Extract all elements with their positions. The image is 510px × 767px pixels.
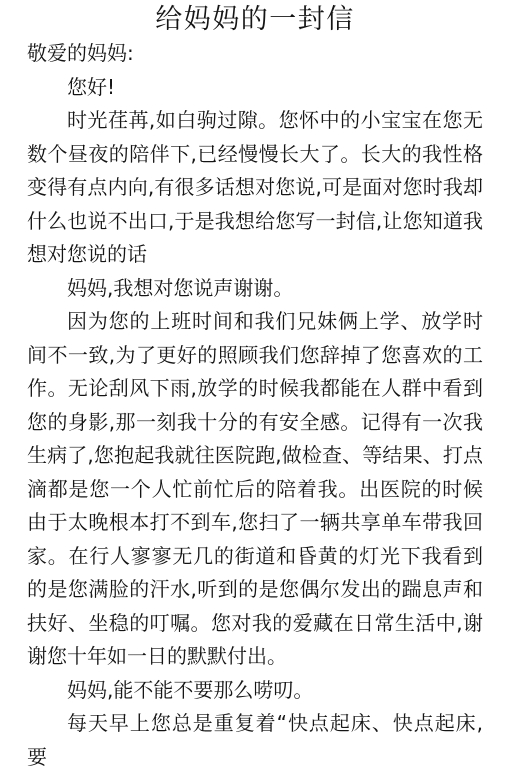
letter-paragraph-thanks-lead: 妈妈,我想对您说声谢谢。 xyxy=(27,272,483,306)
letter-salutation: 敬爱的妈妈: xyxy=(27,37,483,71)
letter-paragraph-nagging-lead: 妈妈,能不能不要那么唠叨。 xyxy=(27,674,483,708)
letter-paragraph-thanks-story: 因为您的上班时间和我们兄妹俩上学、放学时间不一致,为了更好的照顾我们您辞掉了您喜… xyxy=(27,305,483,674)
letter-paragraph-intro: 时光荏苒,如白驹过隙。您怀中的小宝宝在您无数个昼夜的陪伴下,已经慢慢长大了。长大… xyxy=(27,104,483,272)
letter-paragraph-nagging-story: 每天早上您总是重复着“快点起床、快点起床,要 xyxy=(27,707,483,767)
letter-document: 给妈妈的一封信 敬爱的妈妈: 您好! 时光荏苒,如白驹过隙。您怀中的小宝宝在您无… xyxy=(0,0,510,767)
letter-body: 敬爱的妈妈: 您好! 时光荏苒,如白驹过隙。您怀中的小宝宝在您无数个昼夜的陪伴下… xyxy=(27,37,483,767)
letter-paragraph-greeting: 您好! xyxy=(27,71,483,105)
letter-title: 给妈妈的一封信 xyxy=(27,3,483,37)
